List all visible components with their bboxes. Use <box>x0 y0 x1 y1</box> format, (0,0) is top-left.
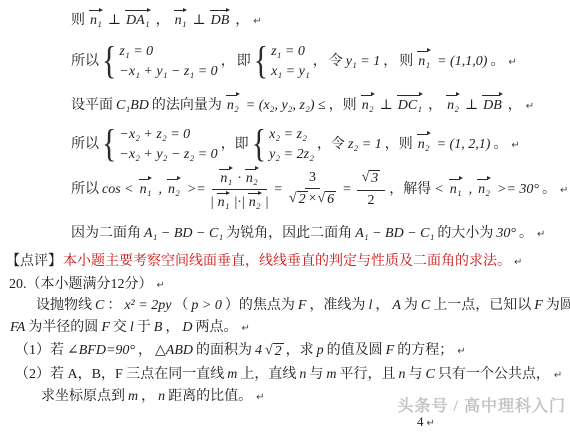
solution-line-6: 因为二面角A₁ − BD − C₁为锐角，因此二面角A₁ − BD − C₁的大… <box>0 225 570 243</box>
case-row: z₁ = 0 <box>271 44 310 59</box>
math-run: = <box>273 182 282 197</box>
text-run: 求坐标原点到 <box>41 389 125 404</box>
problem-statement-line-2: FA为半径的圆F交l于B，D两点。↵ <box>0 319 570 337</box>
solution-line-3: 设平面C₁BD的法向量为n₂= (x₂, y₂, z₂) ≤，则n₂⊥DC₁，n… <box>0 94 570 115</box>
vector-n2: n₂ <box>361 94 376 115</box>
solution-line-1: 则n₁⊥DA₁，n₁⊥DB，↵ <box>0 9 570 30</box>
math-run: y₁ = 1 <box>346 54 381 69</box>
math-run: cos < <box>102 182 134 197</box>
vector-n1: n₁ <box>217 192 232 211</box>
text-run: ， <box>375 298 389 313</box>
document-page: 头条号 / 高中理科入门 则n₁⊥DA₁，n₁⊥DB，↵ 所以{z₁ = 0−x… <box>0 0 570 433</box>
math-run: A <box>392 298 401 313</box>
text-run: ， <box>221 54 235 69</box>
text-run: 则 <box>399 54 413 69</box>
solution-line-5: 所以cos <n₁,n₂>=n₁·n₂|n₁|·|n₂|=3√2×√6=√32，… <box>0 168 570 211</box>
text-run: ，求 <box>286 343 314 358</box>
math-run: F <box>386 343 395 358</box>
math-run: n <box>398 367 405 382</box>
text-run: 上一点，已知以 <box>433 298 531 313</box>
text-run: ，解得 <box>389 182 431 197</box>
vector-db: DB <box>210 9 232 30</box>
return-mark-icon: ↵ <box>511 140 519 151</box>
math-run: B <box>154 320 163 335</box>
math-run: z₂ = 1 <box>348 137 382 152</box>
radicand: 2 <box>273 343 284 361</box>
vector-n1: n₁ <box>174 9 189 30</box>
equation-system: {x₂ = z₂y₂ = 2z₂ <box>252 127 314 162</box>
text-run: 令 <box>329 54 343 69</box>
return-mark-icon: ↵ <box>560 185 568 196</box>
text-run: 设抛物线 <box>36 298 92 313</box>
vector-n2: n₂ <box>477 178 492 199</box>
math-run: , <box>469 182 473 197</box>
perp-symbol: ⊥ <box>465 98 478 113</box>
problem-20-heading: 20.（本小题满分12分）↵ <box>0 276 570 294</box>
brace-symbol: { <box>254 42 268 81</box>
case-row: y₂ = 2z₂ <box>269 147 314 162</box>
solution-line-2: 所以{z₁ = 0−x₁ + y₁ − z₁ = 0，即{z₁ = 0x₁ = … <box>0 44 570 79</box>
radical-sign: √ <box>289 191 297 206</box>
perp-symbol: ⊥ <box>380 98 393 113</box>
radical-sign: √ <box>265 343 273 358</box>
radical-sign: √ <box>317 191 325 206</box>
question-part-2-cont: 求坐标原点到m，n距离的比值。↵ <box>0 388 570 406</box>
problem-statement-line-1: 设抛物线C：x² = 2py（p > 0）的焦点为F，准线为l，A为C上一点，已… <box>0 297 570 315</box>
dot-symbol: · <box>237 171 242 186</box>
text-run: （1）若 <box>15 343 64 358</box>
equation-system: {z₁ = 0x₁ = y₁ <box>254 44 310 79</box>
text-run: （ <box>174 298 188 313</box>
case-row: x₁ = y₁ <box>271 64 310 79</box>
text-run: ，则 <box>385 137 413 152</box>
math-run: = (x₂, y₂, z₂) ≤ <box>246 98 326 113</box>
return-mark-icon: ↵ <box>537 229 545 240</box>
solution-line-4: 所以{−x₂ + z₂ = 0−x₂ + y₂ − z₂ = 0，即{x₂ = … <box>0 127 570 162</box>
math-run: F <box>534 298 543 313</box>
radicand: 3 <box>369 170 380 188</box>
text-run: 距离的比值。 <box>168 389 252 404</box>
vector-n2: n₂ <box>446 94 461 115</box>
perp-symbol: ⊥ <box>192 13 205 28</box>
math-run: F <box>298 298 307 313</box>
text-run: （2）若 A，B，F 三点在同一直线 <box>15 367 224 382</box>
text-run: 因为二面角 <box>71 226 141 241</box>
case-rows: −x₂ + z₂ = 0−x₂ + y₂ − z₂ = 0 <box>119 127 217 162</box>
case-rows: x₂ = z₂y₂ = 2z₂ <box>269 127 314 162</box>
text-run: 为圆心， <box>546 298 570 313</box>
brace-symbol: { <box>102 125 116 164</box>
question-part-2: （2）若 A，B，F 三点在同一直线m上，直线n与m平行，且n与C只有一个公共点… <box>0 366 570 384</box>
return-mark-icon: ↵ <box>457 346 465 357</box>
text-run: 。 <box>493 137 507 152</box>
text-run: ，则 <box>329 98 357 113</box>
case-row: −x₂ + y₂ − z₂ = 0 <box>119 147 217 162</box>
page-number-value: 4 <box>417 414 424 429</box>
abs-bar: | <box>266 195 269 210</box>
case-rows: z₁ = 0x₁ = y₁ <box>271 44 310 79</box>
text-run: 为 <box>404 298 418 313</box>
fraction-denominator: 2 <box>367 191 374 209</box>
page-number: 4↵ <box>417 414 435 431</box>
text-run: 的值及圆 <box>327 343 383 358</box>
vector-n2: n₂ <box>245 168 260 187</box>
math-run: = (1,1,0) <box>437 54 487 69</box>
equation-system: {z₁ = 0−x₁ + y₁ − z₁ = 0 <box>102 44 218 79</box>
vector-n1: n₁ <box>417 50 432 71</box>
comment-text: 本小题主要考察空间线面垂直，线线垂直的判定与性质及二面角的求法。 <box>63 254 511 269</box>
text-run: ， <box>508 98 522 113</box>
math-run: C <box>425 367 434 382</box>
equation-system: {−x₂ + z₂ = 0−x₂ + y₂ − z₂ = 0 <box>102 127 218 162</box>
math-run: m <box>326 367 336 382</box>
math-run: >= 30° <box>497 182 539 197</box>
fraction-numerator: 3 <box>305 170 320 189</box>
vector-n2: n₂ <box>226 94 241 115</box>
text-run: ）的焦点为 <box>225 298 295 313</box>
return-mark-icon: ↵ <box>256 392 264 403</box>
text-run: 所以 <box>71 54 99 69</box>
math-run: △ABD <box>155 343 193 358</box>
fraction-numeric: 3√2×√6 <box>288 170 337 209</box>
text-run: 交 <box>113 320 127 335</box>
sqrt-2: √2 <box>289 191 308 209</box>
text-run: ： <box>107 298 121 313</box>
math-run: C <box>95 298 104 313</box>
math-run: p <box>317 343 324 358</box>
math-run: A₁ − BD − C₁ <box>355 226 434 241</box>
math-run: >= <box>187 182 206 197</box>
math-run: m <box>227 367 237 382</box>
text-run: 所以 <box>71 137 99 152</box>
abs-bar: |·| <box>234 195 244 210</box>
text-run: ， <box>138 343 152 358</box>
case-row: −x₂ + z₂ = 0 <box>119 127 217 142</box>
math-run: x² = 2py <box>124 298 171 313</box>
text-run: 只有一个公共点， <box>438 367 550 382</box>
comment-label: 【点评】 <box>6 254 62 269</box>
vector-n1: n₁ <box>219 168 234 187</box>
fraction-numerator: √3 <box>357 170 386 191</box>
text-run: 的面积为 <box>196 343 252 358</box>
text-run: 设平面 <box>71 98 113 113</box>
text-run: ，即 <box>221 137 249 152</box>
fraction-denominator: |n₁|·|n₂| <box>211 190 269 211</box>
case-row: −x₁ + y₁ − z₁ = 0 <box>119 64 217 79</box>
text-run: 的大小为 <box>437 226 493 241</box>
math-run: C <box>421 298 430 313</box>
fraction-numerator: n₁·n₂ <box>212 168 266 190</box>
text-run: 。 <box>490 54 504 69</box>
math-run: p > 0 <box>191 298 221 313</box>
comment-line: 【点评】本小题主要考察空间线面垂直，线线垂直的判定与性质及二面角的求法。↵ <box>0 253 570 271</box>
math-run: = (1, 2,1) <box>437 137 491 152</box>
brace-symbol: { <box>102 42 116 81</box>
text-run: 为锐角，因此二面角 <box>226 226 352 241</box>
text-run: 。 <box>519 226 533 241</box>
math-run: 4 <box>255 343 262 358</box>
fraction-sqrt3-over-2: √32 <box>357 170 386 209</box>
perp-symbol: ⊥ <box>108 13 121 28</box>
math-run: A₁ − BD − C₁ <box>144 226 223 241</box>
text-run: ， <box>141 389 155 404</box>
text-run: 。 <box>542 182 556 197</box>
text-run: 所以 <box>71 182 99 197</box>
fraction-denominator: √2×√6 <box>288 189 337 209</box>
return-mark-icon: ↵ <box>508 57 516 68</box>
text-run: 上，直线 <box>240 367 296 382</box>
return-mark-icon: ↵ <box>526 101 534 112</box>
vector-n1: n₁ <box>89 9 104 30</box>
sqrt-6: √6 <box>317 191 336 209</box>
brace-symbol: { <box>252 125 266 164</box>
vector-n2: n₂ <box>417 133 432 154</box>
question-part-1: （1）若∠BFD=90°，△ABD的面积为4√2，求p的值及圆F的方程；↵ <box>0 342 570 361</box>
vector-n1: n₁ <box>449 178 464 199</box>
vector-n1: n₁ <box>139 178 154 199</box>
math-run: n <box>158 389 165 404</box>
math-run: F <box>101 320 110 335</box>
case-row: z₁ = 0 <box>119 44 217 59</box>
math-run: 30° <box>496 226 516 241</box>
text-run: 与 <box>309 367 323 382</box>
math-run: FA <box>10 320 25 335</box>
abs-bar: | <box>211 195 214 210</box>
sqrt-3: √3 <box>362 170 381 188</box>
math-run: ∠BFD=90° <box>67 343 135 358</box>
return-mark-icon: ↵ <box>157 280 165 291</box>
radicand: 6 <box>325 191 336 209</box>
return-mark-icon: ↵ <box>554 370 562 381</box>
text-run: ，令 <box>317 137 345 152</box>
fraction-dot-product: n₁·n₂|n₁|·|n₂| <box>211 168 269 211</box>
math-run: < <box>434 182 443 197</box>
text-run: ， <box>383 54 397 69</box>
return-mark-icon: ↵ <box>427 418 435 429</box>
text-run: 两点。 <box>195 320 237 335</box>
math-run: , <box>158 182 162 197</box>
text-run: ， <box>165 320 179 335</box>
math-run: m <box>128 389 138 404</box>
return-mark-icon: ↵ <box>253 16 261 27</box>
text-run: 的方程； <box>397 343 453 358</box>
text-run: 平行，且 <box>339 367 395 382</box>
radicand: 2 <box>297 191 308 209</box>
math-run: l <box>130 320 134 335</box>
case-rows: z₁ = 0−x₁ + y₁ − z₁ = 0 <box>119 44 217 79</box>
text-run: ， <box>313 54 327 69</box>
text-run: 的法向量为 <box>152 98 222 113</box>
times-symbol: × <box>309 191 317 206</box>
case-row: x₂ = z₂ <box>269 127 314 142</box>
math-run: = <box>342 182 351 197</box>
math-run: C₁BD <box>116 98 149 113</box>
text-run: 则 <box>71 13 85 28</box>
return-mark-icon: ↵ <box>514 257 522 268</box>
vector-n2: n₂ <box>167 178 182 199</box>
vector-da1: DA₁ <box>125 9 152 30</box>
text-run: 与 <box>408 367 422 382</box>
text-run: 即 <box>237 54 251 69</box>
text-run: 为半径的圆 <box>28 320 98 335</box>
text-run: ， <box>156 13 170 28</box>
vector-dc1: DC₁ <box>397 94 424 115</box>
text-run: ， <box>235 13 249 28</box>
text-run: ，准线为 <box>309 298 365 313</box>
math-run: l <box>368 298 372 313</box>
radical-sign: √ <box>362 170 370 185</box>
return-mark-icon: ↵ <box>241 323 249 334</box>
problem-number: 20.（本小题满分12分） <box>9 277 153 292</box>
sqrt-2: √2 <box>265 343 284 361</box>
math-run: n <box>299 367 306 382</box>
math-run: D <box>182 320 192 335</box>
vector-n2: n₂ <box>248 192 263 211</box>
vector-db: DB <box>482 94 504 115</box>
text-run: ， <box>428 98 442 113</box>
text-run: 于 <box>137 320 151 335</box>
